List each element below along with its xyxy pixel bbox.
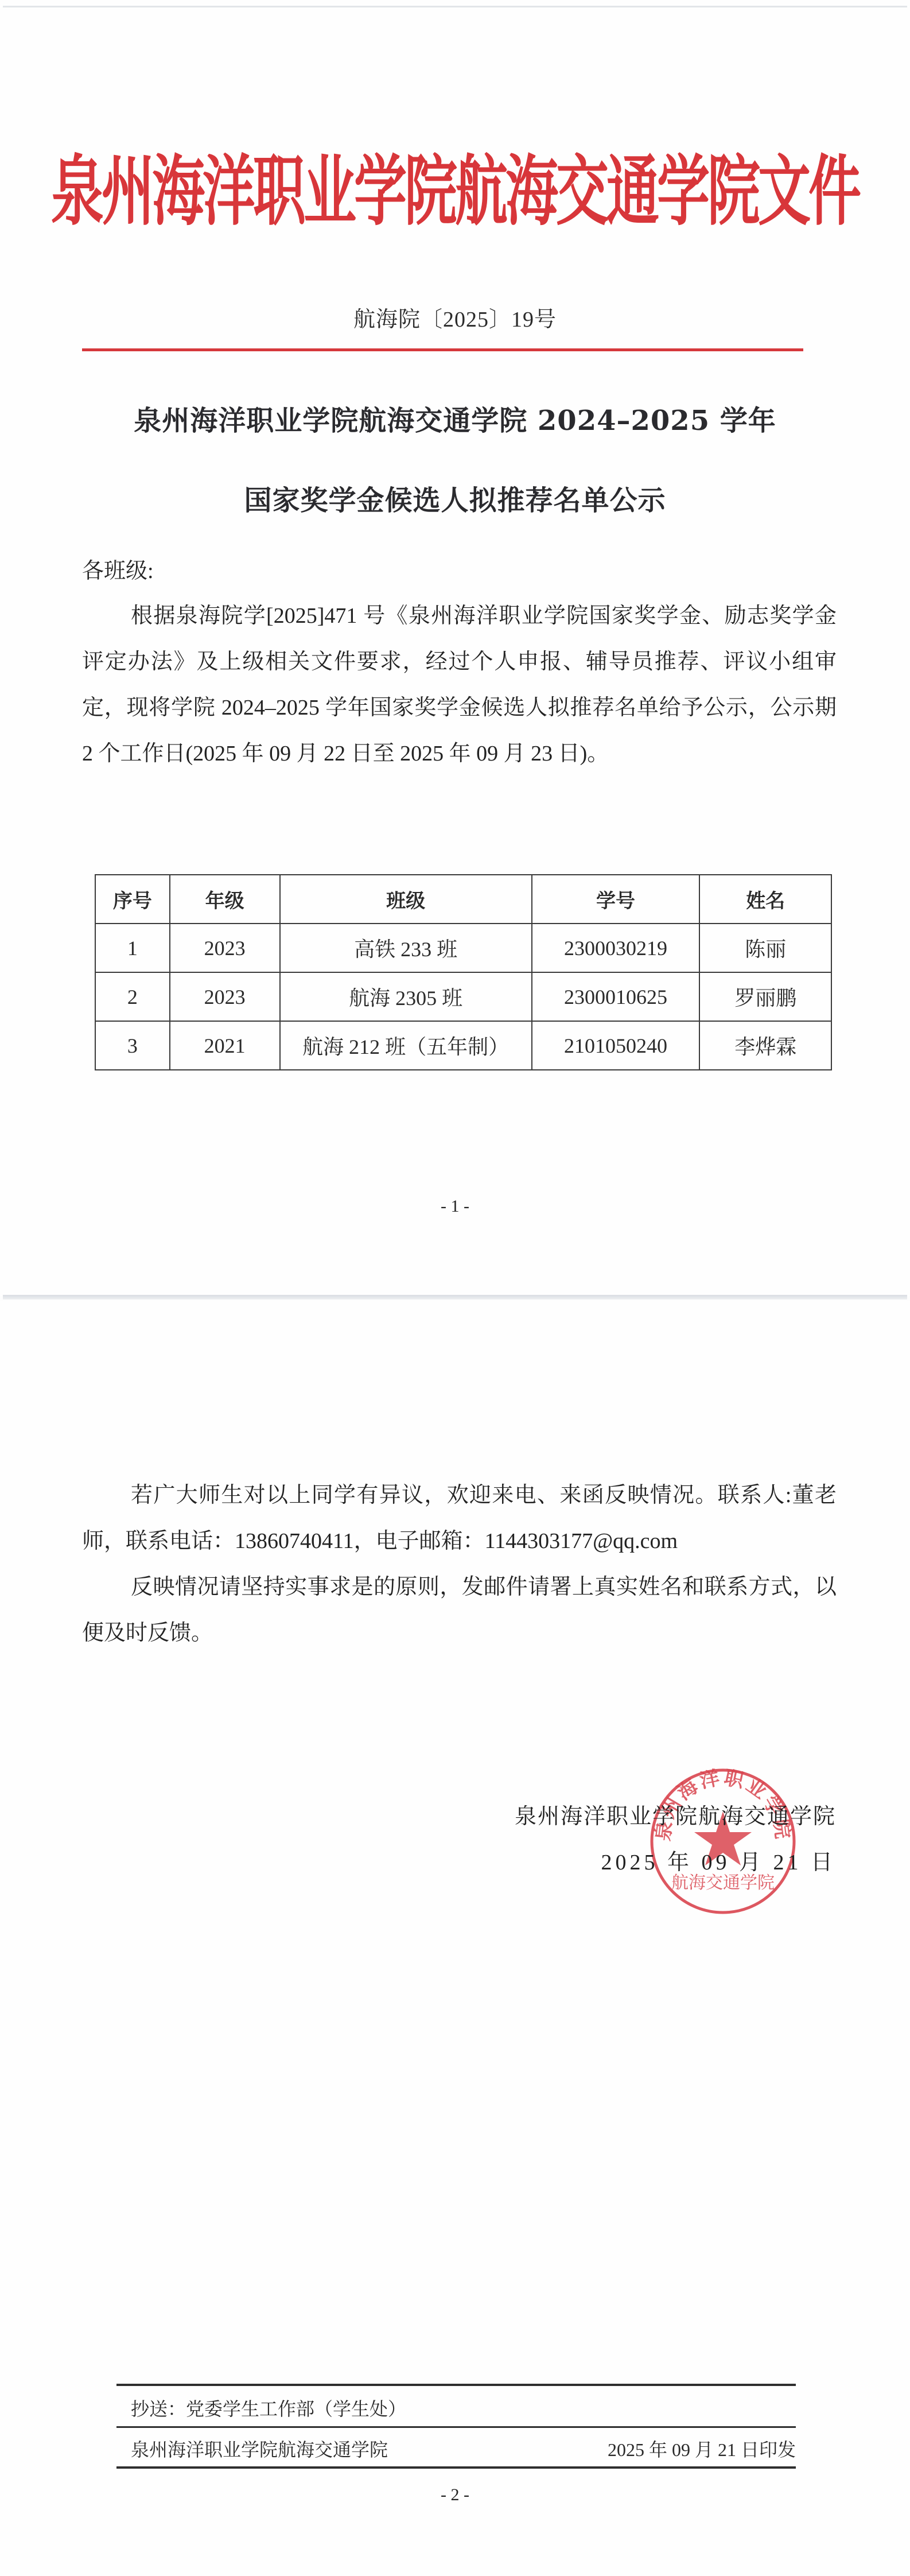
notice-title-line-2: 国家奖学金候选人拟推荐名单公示 (0, 478, 910, 518)
cc-recipients: 抄送：党委学生工作部（学生处） (131, 2395, 406, 2421)
table-header-row: 序号 年级 班级 学号 姓名 (95, 875, 831, 924)
body-paragraph-contact: 若广大师生对以上同学有异议，欢迎来电、来函反映情况。联系人:董老师，联系电话：1… (82, 1472, 837, 1564)
body-paragraph-1: 根据泉海院学[2025]471 号《泉州海洋职业学院国家奖学金、励志奖学金评定办… (82, 593, 837, 777)
red-letterhead-title: 泉州海洋职业学院航海交通学院文件 (0, 150, 910, 234)
cell-name: 罗丽鹏 (699, 972, 831, 1021)
cell-grade: 2021 (170, 1021, 280, 1070)
cell-index: 1 (95, 924, 170, 972)
cell-student-id: 2300030219 (532, 924, 700, 972)
cell-student-id: 2300010625 (532, 972, 700, 1021)
cell-student-id: 2101050240 (532, 1021, 700, 1070)
cell-grade: 2023 (170, 924, 280, 972)
candidate-table: 序号 年级 班级 学号 姓名 1 2023 高铁 233 班 230003021… (95, 874, 832, 1070)
column-header-name: 姓名 (699, 875, 831, 924)
column-header-student-id: 学号 (532, 875, 700, 924)
salutation: 各班级: (82, 548, 837, 594)
table-row: 3 2021 航海 212 班（五年制） 2101050240 李烨霖 (95, 1021, 831, 1070)
notice-title-line-1: 泉州海洋职业学院航海交通学院 2024–2025 学年 (0, 398, 910, 438)
cell-grade: 2023 (170, 972, 280, 1021)
page-separator (3, 1295, 907, 1299)
red-divider-rule (82, 348, 803, 351)
column-header-grade: 年级 (170, 875, 280, 924)
cell-index: 3 (95, 1021, 170, 1070)
cell-class: 航海 212 班（五年制） (280, 1021, 532, 1070)
column-header-index: 序号 (95, 875, 170, 924)
footer-rule-middle (116, 2426, 796, 2428)
body-paragraph-feedback: 反映情况请坚持实事求是的原则，发邮件请署上真实姓名和联系方式，以便及时反馈。 (82, 1564, 837, 1656)
column-header-class: 班级 (280, 875, 532, 924)
issuing-organization: 泉州海洋职业学院航海交通学院 (131, 2435, 388, 2462)
signature-date: 2025 年 09 月 21 日 (601, 1844, 836, 1876)
table-row: 2 2023 航海 2305 班 2300010625 罗丽鹏 (95, 972, 831, 1021)
signature-organization: 泉州海洋职业学院航海交通学院 (515, 1798, 836, 1830)
cell-name: 陈丽 (699, 924, 831, 972)
cell-name: 李烨霖 (699, 1021, 831, 1070)
issue-date: 2025 年 09 月 21 日印发 (608, 2435, 796, 2462)
footer-rule-top (116, 2384, 796, 2386)
table-row: 1 2023 高铁 233 班 2300030219 陈丽 (95, 924, 831, 972)
page-number-2: - 2 - (0, 2485, 910, 2505)
cell-class: 航海 2305 班 (280, 972, 532, 1021)
document-number: 航海院〔2025〕19号 (0, 301, 910, 333)
cell-class: 高铁 233 班 (280, 924, 532, 972)
page-number-1: - 1 - (0, 1197, 910, 1216)
cell-index: 2 (95, 972, 170, 1021)
page-top-edge (3, 6, 907, 7)
document-page-1: 泉州海洋职业学院航海交通学院文件 航海院〔2025〕19号 泉州海洋职业学院航海… (0, 0, 910, 1296)
footer-rule-bottom (116, 2466, 796, 2469)
